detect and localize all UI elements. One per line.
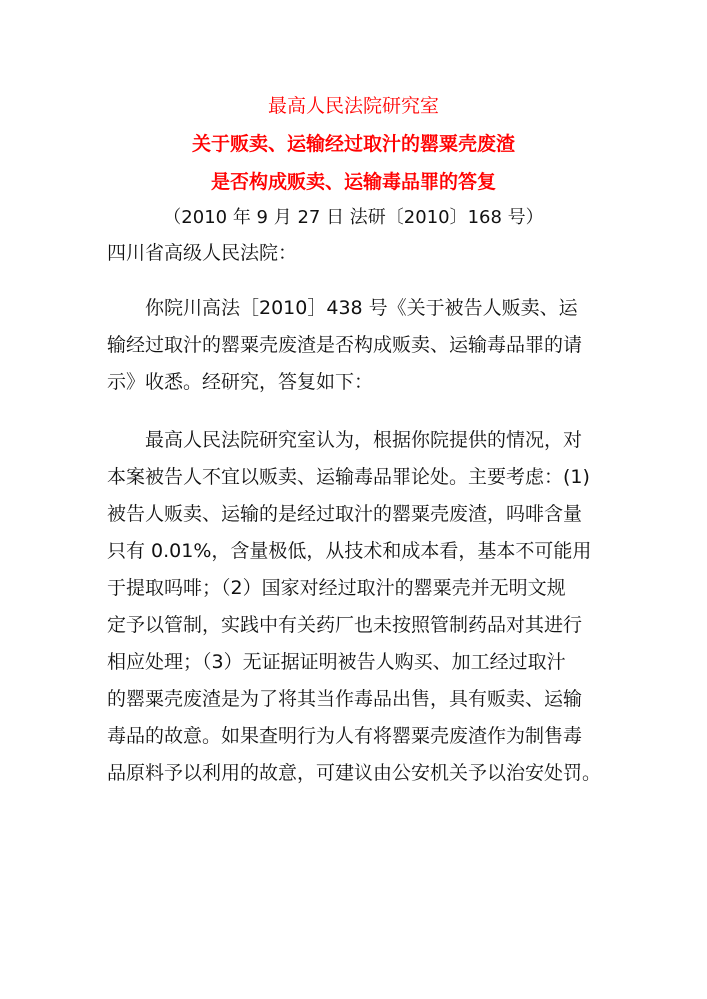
- text-line: 最高人民法院研究室认为，根据你院提供的情况，对: [107, 428, 607, 465]
- text-line: 的罂粟壳废渣是为了将其当作毒品出售，具有贩卖、运输: [107, 687, 607, 724]
- addressee: 四川省高级人民法院：: [107, 241, 297, 265]
- text-line: 定予以管制，实践中有关药厂也未按照管制药品对其进行: [107, 613, 607, 650]
- text-line: 你院川高法［2010］438 号《关于被告人贩卖、运: [107, 296, 607, 333]
- text-line: 示》收悉。经研究，答复如下：: [107, 370, 607, 407]
- document-page: 最高人民法院研究室 关于贩卖、运输经过取汁的罂粟壳废渣 是否构成贩卖、运输毒品罪…: [0, 0, 707, 999]
- title-line-2: 是否构成贩卖、运输毒品罪的答复: [0, 170, 707, 194]
- issuer-heading: 最高人民法院研究室: [0, 94, 707, 118]
- text-line: 只有 0.01%，含量极低，从技术和成本看，基本不可能用: [107, 539, 607, 576]
- text-line: 品原料予以利用的故意，可建议由公安机关予以治安处罚。: [107, 761, 607, 798]
- text-line: 输经过取汁的罂粟壳废渣是否构成贩卖、运输毒品罪的请: [107, 333, 607, 370]
- paragraph-acknowledgement: 你院川高法［2010］438 号《关于被告人贩卖、运 输经过取汁的罂粟壳废渣是否…: [107, 296, 607, 407]
- text-line: 毒品的故意。如果查明行为人有将罂粟壳废渣作为制售毒: [107, 724, 607, 761]
- title-line-1: 关于贩卖、运输经过取汁的罂粟壳废渣: [0, 132, 707, 156]
- text-line: 于提取吗啡；（2）国家对经过取汁的罂粟壳并无明文规: [107, 576, 607, 613]
- text-line: 本案被告人不宜以贩卖、运输毒品罪论处。主要考虑：(1): [107, 465, 607, 502]
- paragraph-reply: 最高人民法院研究室认为，根据你院提供的情况，对 本案被告人不宜以贩卖、运输毒品罪…: [107, 428, 607, 798]
- text-line: 相应处理；（3）无证据证明被告人购买、加工经过取汁: [107, 650, 607, 687]
- text-line: 被告人贩卖、运输的是经过取汁的罂粟壳废渣，吗啡含量: [107, 502, 607, 539]
- dateline: （2010 年 9 月 27 日 法研〔2010〕168 号）: [0, 206, 707, 230]
